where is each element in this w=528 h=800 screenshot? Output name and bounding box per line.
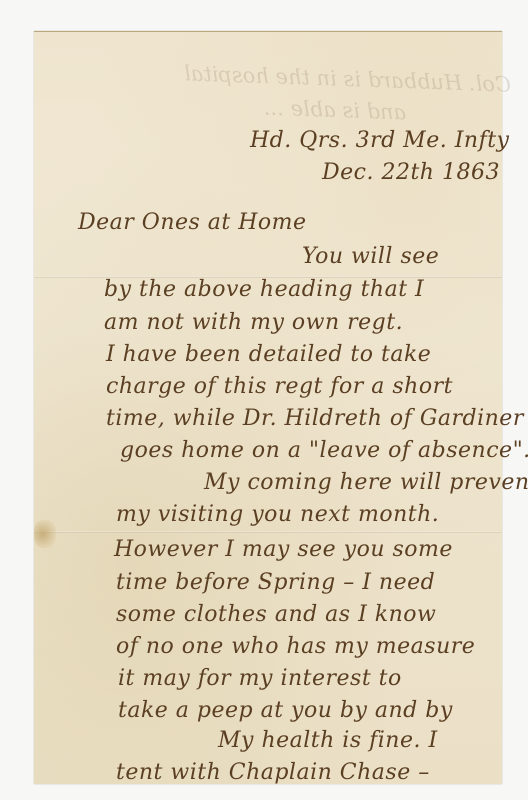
letter-header-location: Hd. Qrs. 3rd Me. Infty [250, 128, 509, 153]
letter-line: time before Spring – I need [116, 570, 435, 595]
letter-header-date: Dec. 22th 1863 [322, 160, 500, 185]
letter-line: My coming here will prevent [204, 470, 528, 495]
letter-line: take a peep at you by and by [118, 698, 453, 723]
bleed-through-text: and is able ... [264, 96, 407, 125]
letter-page: Col. Hubbard is in the hospital and is a… [34, 31, 502, 784]
fold-crease-lower [34, 531, 502, 533]
letter-line: tent with Chaplain Chase – [116, 760, 430, 785]
letter-line: of no one who has my measure [116, 634, 475, 659]
letter-line: I have been detailed to take [106, 342, 431, 367]
letter-line: My health is fine. I [218, 728, 438, 753]
letter-line: time, while Dr. Hildreth of Gardiner [106, 406, 524, 431]
letter-line: some clothes and as I know [116, 602, 436, 627]
bleed-through-text: Col. Hubbard is in the hospital [184, 61, 512, 96]
paper-stain [34, 520, 56, 548]
letter-line: my visiting you next month. [116, 502, 439, 527]
letter-line: it may for my interest to [118, 666, 402, 691]
letter-line: am not with my own regt. [104, 310, 403, 335]
letter-salutation: Dear Ones at Home [78, 210, 307, 235]
letter-line: goes home on a "leave of absence". [120, 438, 528, 463]
letter-line: by the above heading that I [104, 277, 424, 302]
letter-line: charge of this regt for a short [106, 374, 453, 399]
letter-line: However I may see you some [114, 537, 453, 562]
letter-line: You will see [302, 244, 439, 269]
